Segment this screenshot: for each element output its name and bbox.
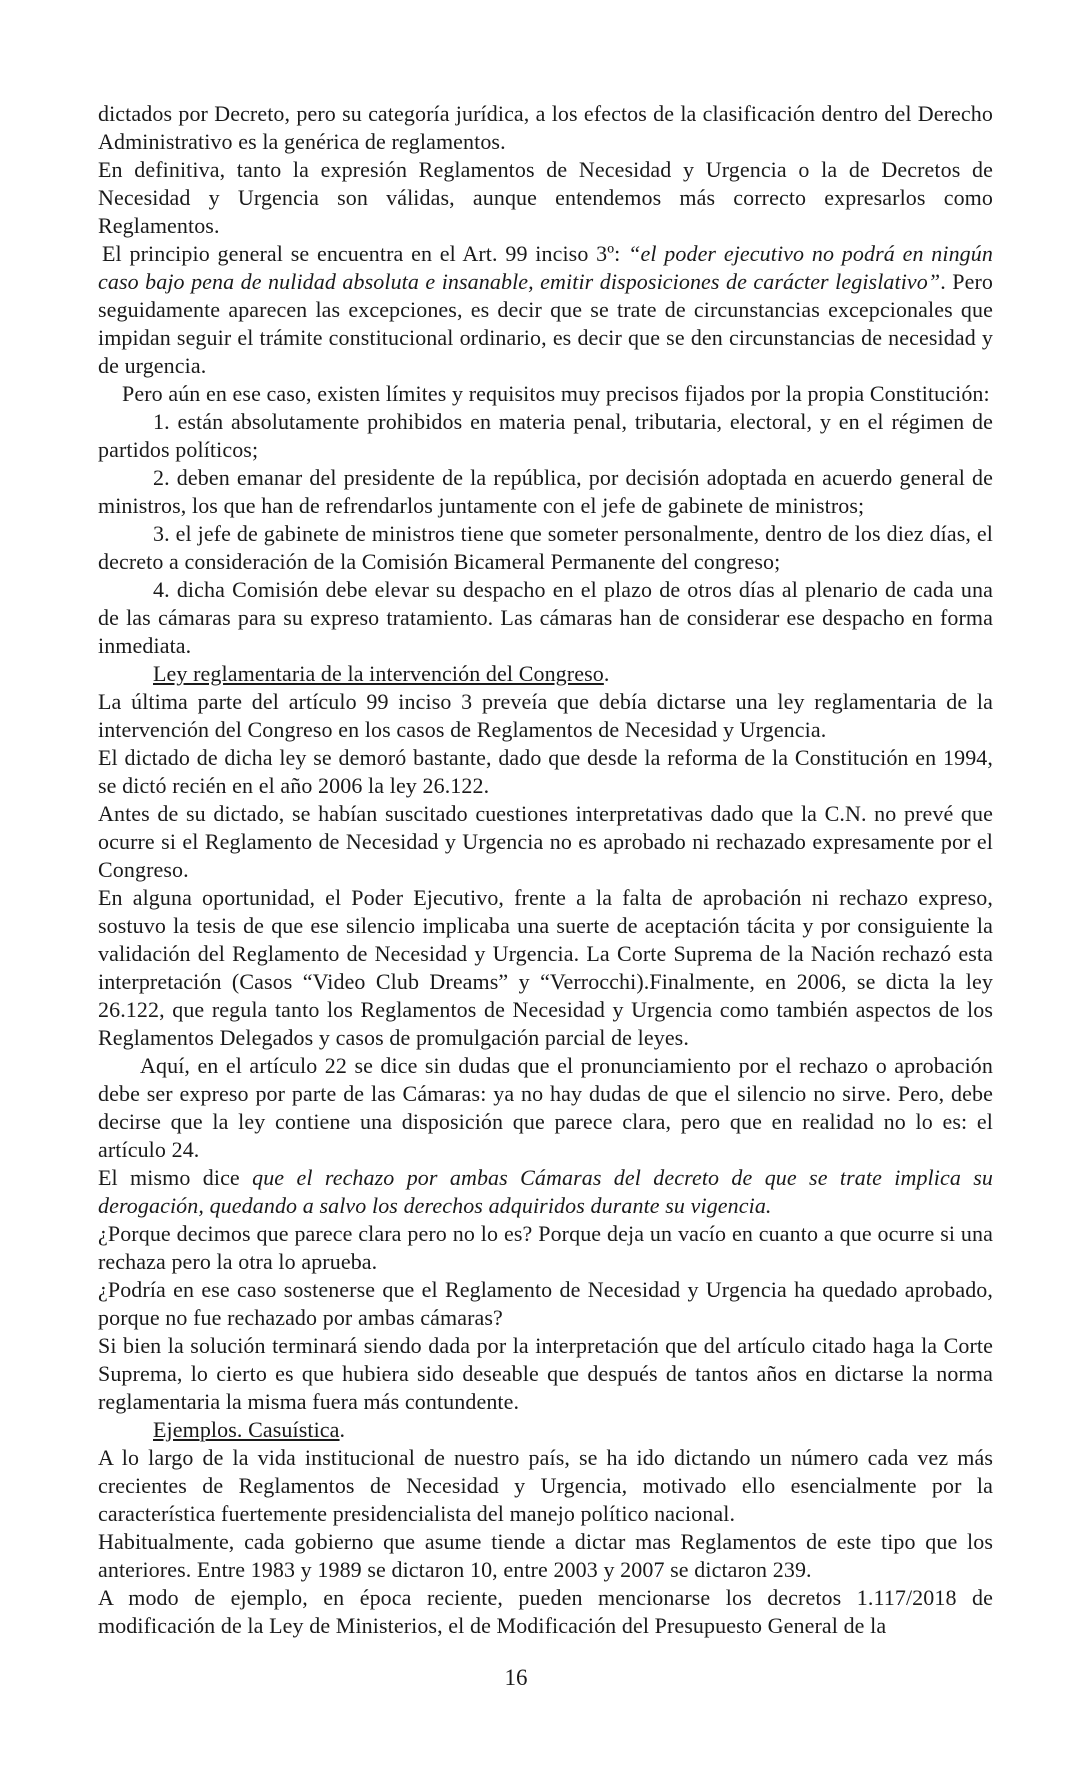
paragraph: Si bien la solución terminará siendo dad…: [98, 1332, 993, 1416]
paragraph: dictados por Decreto, pero su categoría …: [98, 100, 993, 156]
text-run: El dictado de dicha ley se demoró bastan…: [98, 745, 993, 798]
paragraph: La última parte del artículo 99 inciso 3…: [98, 688, 993, 744]
text-run: Si bien la solución terminará siendo dad…: [98, 1333, 993, 1414]
text-run: En alguna oportunidad, el Poder Ejecutiv…: [98, 885, 993, 1050]
text-run: Pero aún en ese caso, existen límites y …: [122, 381, 990, 406]
document-page: dictados por Decreto, pero su categoría …: [0, 0, 1080, 1778]
text-run: A modo de ejemplo, en época reciente, pu…: [98, 1585, 993, 1638]
list-item: 4. dicha Comisión debe elevar su despach…: [98, 576, 993, 660]
paragraph: A lo largo de la vida institucional de n…: [98, 1444, 993, 1528]
paragraph: Antes de su dictado, se habían suscitado…: [98, 800, 993, 884]
text-run: dictados por Decreto, pero su categoría …: [98, 101, 993, 154]
paragraph: El mismo dice que el rechazo por ambas C…: [98, 1164, 993, 1220]
list-item: 1. están absolutamente prohibidos en mat…: [98, 408, 993, 464]
list-item: 3. el jefe de gabinete de ministros tien…: [98, 520, 993, 576]
paragraph: ¿Porque decimos que parece clara pero no…: [98, 1220, 993, 1276]
section-heading: Ejemplos. Casuística.: [98, 1416, 993, 1444]
text-run: El principio general se encuentra en el …: [102, 241, 628, 266]
paragraph: Aquí, en el artículo 22 se dice sin duda…: [98, 1052, 993, 1164]
text-run: Antes de su dictado, se habían suscitado…: [98, 801, 993, 882]
paragraph: Habitualmente, cada gobierno que asume t…: [98, 1528, 993, 1584]
text-run: ¿Porque decimos que parece clara pero no…: [98, 1221, 993, 1274]
paragraph: En alguna oportunidad, el Poder Ejecutiv…: [98, 884, 993, 1052]
paragraph: El principio general se encuentra en el …: [98, 240, 993, 380]
text-run: Ejemplos. Casuística: [153, 1417, 340, 1442]
section-heading: Ley reglamentaria de la intervención del…: [98, 660, 993, 688]
text-run: 1. están absolutamente prohibidos en mat…: [98, 409, 993, 462]
paragraph: Pero aún en ese caso, existen límites y …: [98, 380, 993, 408]
list-item: 2. deben emanar del presidente de la rep…: [98, 464, 993, 520]
text-run: En definitiva, tanto la expresión Reglam…: [98, 157, 993, 238]
text-run: Habitualmente, cada gobierno que asume t…: [98, 1529, 993, 1582]
text-run: 3. el jefe de gabinete de ministros tien…: [98, 521, 993, 574]
text-run: ¿Podría en ese caso sostenerse que el Re…: [98, 1277, 993, 1330]
text-run: Ley reglamentaria de la intervención del…: [153, 661, 604, 686]
paragraph: En definitiva, tanto la expresión Reglam…: [98, 156, 993, 240]
text-run: .: [604, 661, 610, 686]
paragraph: A modo de ejemplo, en época reciente, pu…: [98, 1584, 993, 1640]
text-run: La última parte del artículo 99 inciso 3…: [98, 689, 993, 742]
text-run: A lo largo de la vida institucional de n…: [98, 1445, 993, 1526]
page-number: 16: [0, 1664, 1032, 1692]
document-text-block: dictados por Decreto, pero su categoría …: [98, 100, 993, 1640]
text-run: .: [340, 1417, 346, 1442]
text-run: 4. dicha Comisión debe elevar su despach…: [98, 577, 993, 658]
paragraph: El dictado de dicha ley se demoró bastan…: [98, 744, 993, 800]
text-run: Aquí, en el artículo 22 se dice sin duda…: [98, 1053, 993, 1162]
text-run: 2. deben emanar del presidente de la rep…: [98, 465, 993, 518]
paragraph: ¿Podría en ese caso sostenerse que el Re…: [98, 1276, 993, 1332]
text-run: El mismo dice: [98, 1165, 252, 1190]
